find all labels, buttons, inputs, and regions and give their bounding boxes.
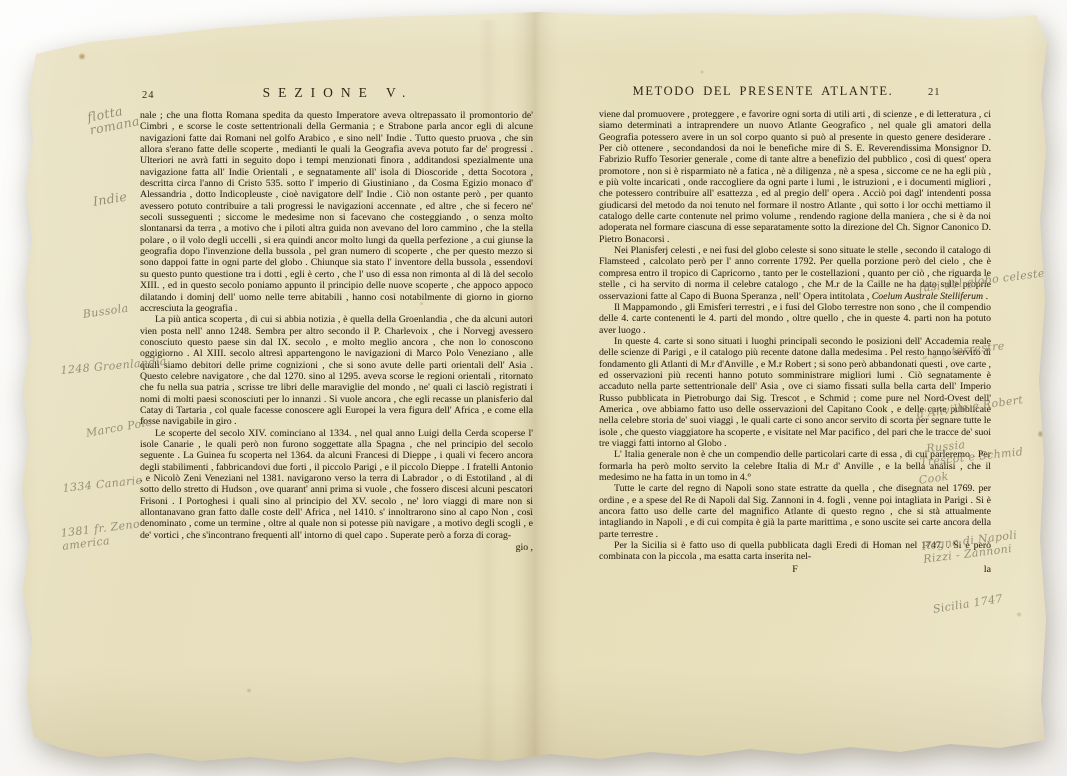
right-catchword: la <box>984 564 991 575</box>
right-page-text: viene dal promuovere , proteggere , e fa… <box>599 109 991 577</box>
paragraph: La più antica scoperta , di cui si abbia… <box>140 314 533 427</box>
stain-spot <box>1038 430 1043 438</box>
left-catchword: gio , <box>140 541 533 553</box>
paragraph-text: . <box>983 291 988 302</box>
paragraph: viene dal promuovere , proteggere , e fa… <box>599 109 991 245</box>
stain-spot <box>1016 612 1022 617</box>
paper-sheet: 24 SEZIONE V. nale ; che una flotta Roma… <box>0 0 1067 776</box>
margin-note-zeno-america: 1381 fr. Zeno america <box>60 517 142 553</box>
left-page-text: nale ; che una flotta Romana spedita da … <box>140 110 533 553</box>
right-page-header: METODO DEL PRESENTE ATLANTE. <box>602 84 924 99</box>
stain-spot <box>78 53 86 60</box>
left-page-header: SEZIONE V. <box>218 85 458 101</box>
signature-row: F la <box>599 563 991 577</box>
stain-spot <box>700 70 704 74</box>
margin-note-flotta-romana: flotta romana <box>86 101 141 136</box>
right-page-number: 21 <box>928 87 941 98</box>
margin-note-indie: Indie <box>92 190 128 208</box>
stain-spot <box>246 688 252 693</box>
margin-note-bussola: Bussola <box>82 302 129 321</box>
paper-shadow: 24 SEZIONE V. nale ; che una flotta Roma… <box>0 0 1067 776</box>
margin-note-canarie: 1334 Canarie <box>62 474 143 495</box>
paragraph: Le scoperte del secolo XIV. cominciano a… <box>140 428 533 541</box>
paragraph: nale ; che una flotta Romana spedita da … <box>140 110 533 314</box>
left-page-number: 24 <box>142 90 155 101</box>
scanned-book-spread: 24 SEZIONE V. nale ; che una flotta Roma… <box>0 0 1067 776</box>
paragraph: Il Mappamondo , gli Emisferi terrestri ,… <box>599 302 991 336</box>
paragraph: Tutte le carte del regno di Napoli sono … <box>599 483 991 540</box>
gathering-signature: F <box>599 564 991 575</box>
margin-note-sicilia-1747: Sicilia 1747 <box>932 592 1004 616</box>
